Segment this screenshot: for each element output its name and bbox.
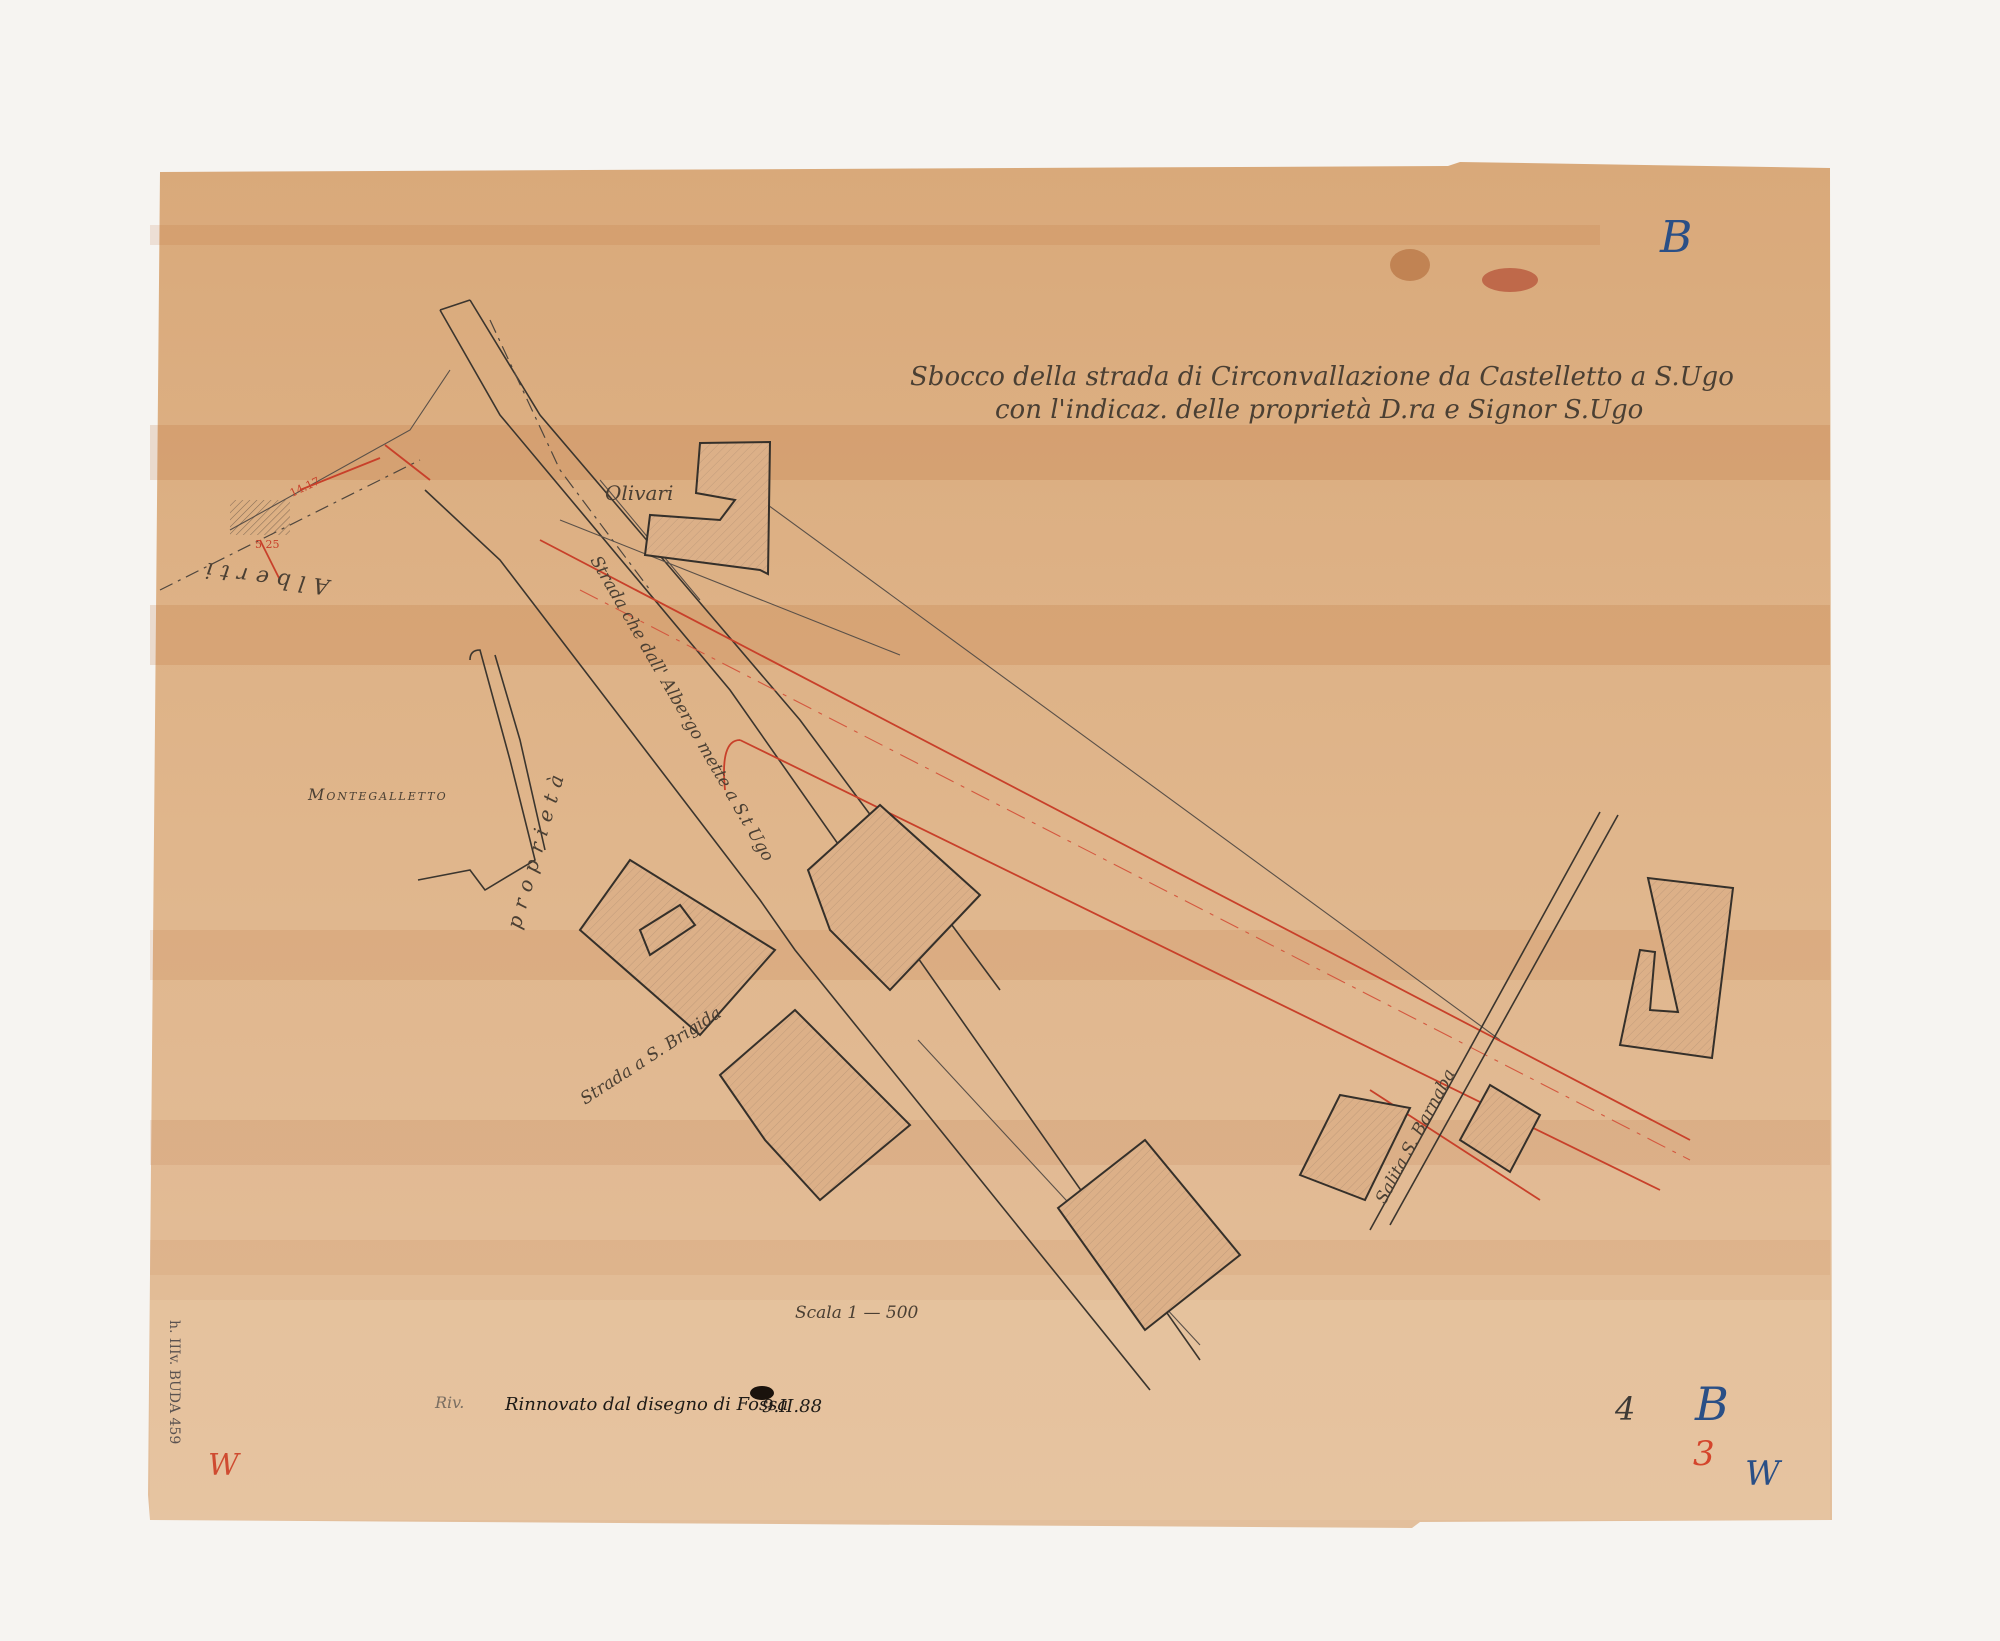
catalog-stamp: h. IIIv. BUDA 459 [166, 1320, 182, 1444]
title-line-2: con l'indicaz. delle proprietà D.ra e Si… [995, 395, 1643, 425]
footer-date: 9.II.88 [762, 1396, 822, 1417]
blue-mark-w: W [1745, 1454, 1783, 1494]
footer-text: Rinnovato dal disegno di Fossa [504, 1394, 788, 1415]
title-line-1: Sbocco della strada di Circonvallazione … [910, 362, 1734, 392]
map-sheet: Sbocco della strada di Circonvallazione … [0, 0, 2000, 1641]
pencil-mark-4: 4 [1614, 1390, 1635, 1428]
sheet-letter-b: B [1659, 212, 1692, 263]
measurement-2: 5.25 [255, 538, 280, 551]
red-mark-3: 3 [1693, 1434, 1715, 1474]
footer-prefix: Riv. [434, 1393, 464, 1412]
scale-label: Scala 1 — 500 [795, 1303, 919, 1323]
red-w-left: W [208, 1448, 241, 1483]
blue-mark-b: B [1694, 1377, 1729, 1431]
label-olivari: Olivari [605, 481, 673, 505]
label-montegalletto: Montegalletto [307, 785, 448, 804]
